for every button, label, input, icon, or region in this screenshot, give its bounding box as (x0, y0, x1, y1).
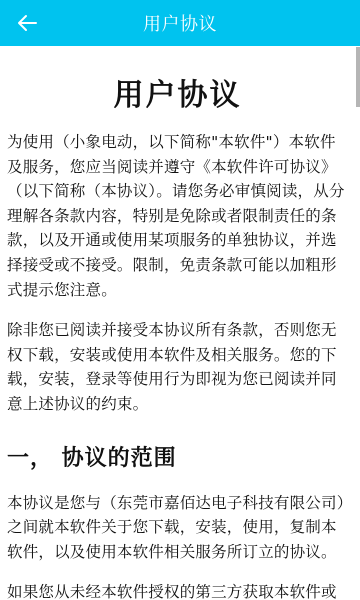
intro-paragraph-2: 除非您已阅读并接受本协议所有条款，否则您无权下载，安装或使用本软件及相关服务。您… (7, 318, 348, 416)
intro-paragraph-1: 为使用（小象电动，以下简称"本软件"）本软件及服务，您应当阅读并遵守《本软件许可… (7, 130, 348, 302)
scope-paragraph-2: 如果您从未经本软件授权的第三方获取本软件或 (7, 580, 348, 600)
scrollbar-thumb[interactable] (356, 47, 360, 107)
scope-paragraph-1: 本协议是您与（东莞市嘉佰达电子科技有限公司）之间就本软件关于您下载，安装，使用，… (7, 491, 348, 565)
arrow-left-icon (16, 14, 38, 32)
section-heading-scope: 一， 协议的范围 (7, 439, 348, 479)
document-title: 用户协议 (7, 70, 348, 122)
header-title: 用户协议 (143, 10, 217, 36)
back-button[interactable] (12, 8, 42, 38)
app-header: 用户协议 (0, 0, 360, 46)
agreement-content[interactable]: 用户协议 为使用（小象电动，以下简称"本软件"）本软件及服务，您应当阅读并遵守《… (0, 46, 360, 600)
